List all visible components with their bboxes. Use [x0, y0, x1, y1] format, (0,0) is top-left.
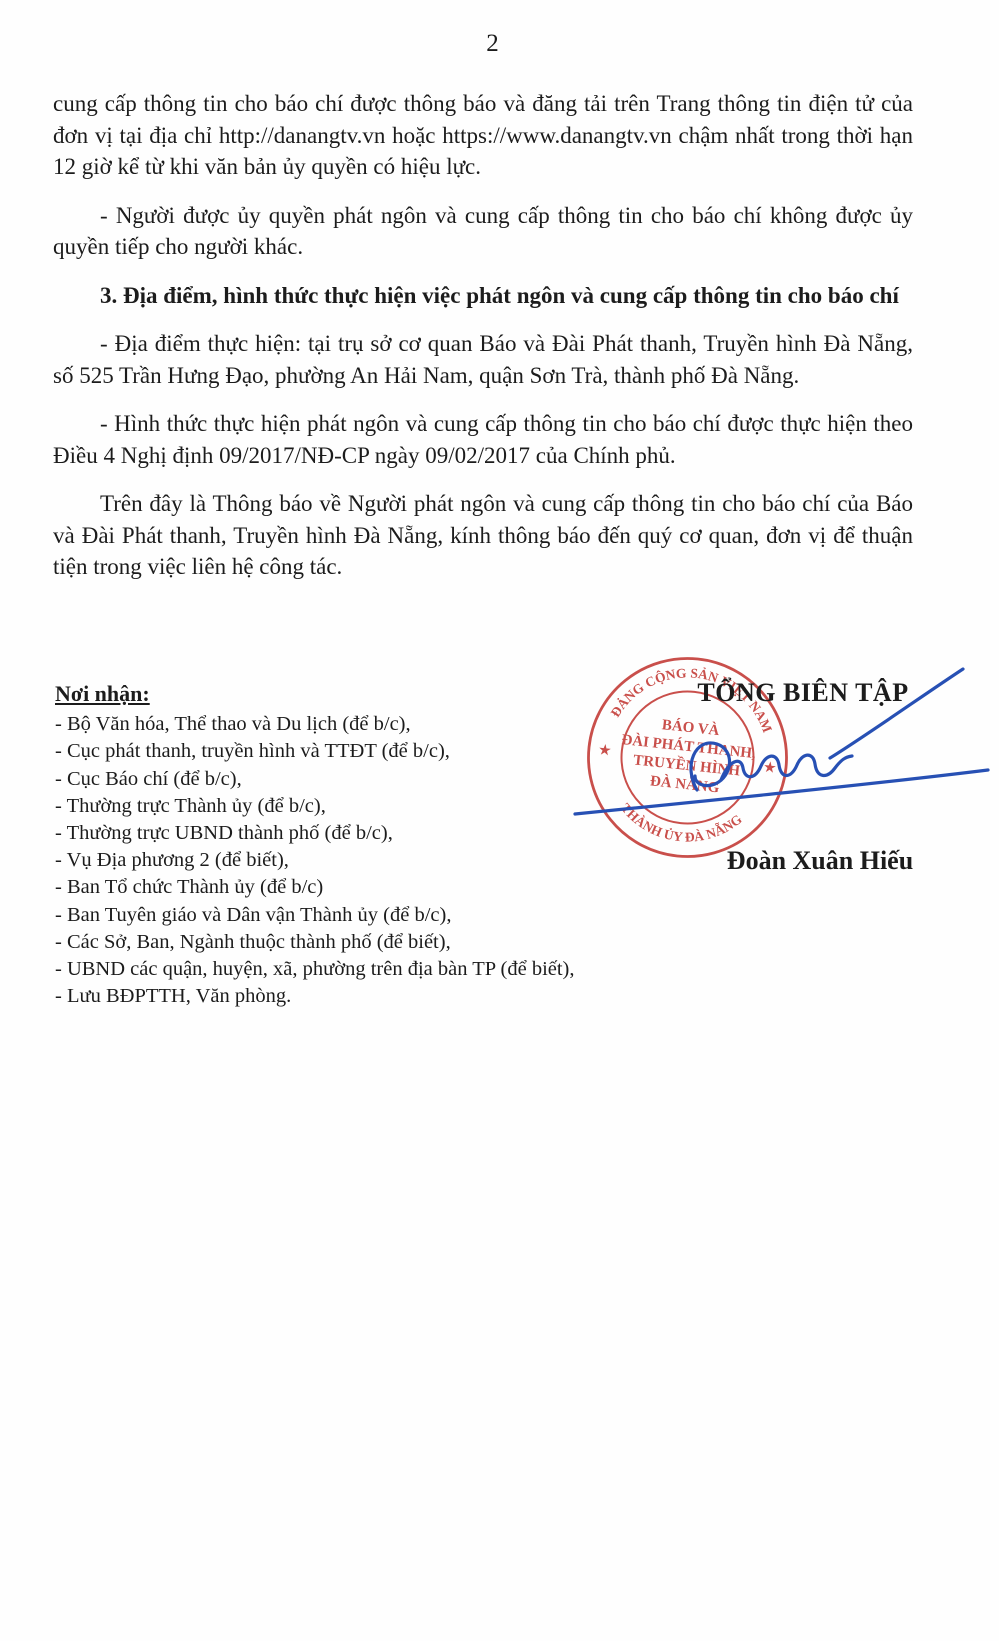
paragraph-closing: Trên đây là Thông báo về Người phát ngôn…	[53, 488, 913, 583]
signature-scribble-stroke	[721, 755, 852, 780]
page-number: 2	[0, 30, 985, 58]
recipient-item: - Ban Tuyên giáo và Dân vận Thành ủy (để…	[55, 902, 655, 929]
signature-flourish-stroke	[830, 669, 963, 758]
paragraph-location: - Địa điểm thực hiện: tại trụ sở cơ quan…	[53, 328, 913, 391]
document-body: cung cấp thông tin cho báo chí được thôn…	[53, 88, 913, 600]
recipient-item: - UBND các quận, huyện, xã, phường trên …	[55, 956, 655, 983]
section-heading: 3. Địa điểm, hình thức thực hiện việc ph…	[53, 280, 913, 312]
signature-baseline-stroke	[575, 770, 988, 814]
recipient-item: - Các Sở, Ban, Ngành thuộc thành phố (để…	[55, 929, 655, 956]
handwritten-signature	[545, 640, 995, 890]
document-page: 2 cung cấp thông tin cho báo chí được th…	[0, 0, 999, 1641]
signature-scribble-stroke	[691, 743, 730, 790]
recipient-item: - Lưu BĐPTTH, Văn phòng.	[55, 983, 655, 1010]
paragraph-delegation: - Người được ủy quyền phát ngôn và cung …	[53, 200, 913, 263]
paragraph-method: - Hình thức thực hiện phát ngôn và cung …	[53, 408, 913, 471]
paragraph-continuation: cung cấp thông tin cho báo chí được thôn…	[53, 88, 913, 183]
